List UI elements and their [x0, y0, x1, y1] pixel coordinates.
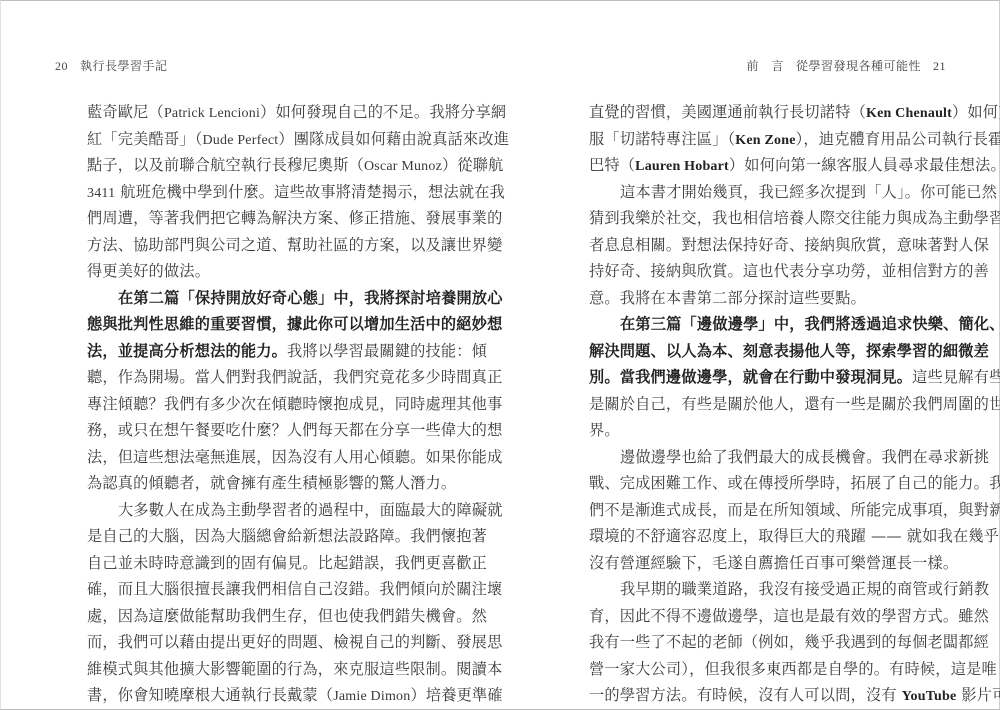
- text-segment: 點子，以及前聯合航空執行長穆尼奧斯（: [87, 156, 364, 174]
- text-segment: 紅「完美酷哥」（: [87, 130, 203, 148]
- text-segment: 者息息相關。對想法保持好奇、接納與欣賞，意味著對人保: [589, 236, 989, 254]
- text-segment: 們周遭，等著我們把它轉為解決方案、修正措施、發展事業的: [87, 209, 502, 227]
- left-header-title: 執行長學習手記: [80, 59, 168, 73]
- text-line: 在第二篇「保持開放好奇心態」中，我將探討培養開放心: [87, 285, 417, 312]
- text-segment: 育，因此不得不邊做邊學，這也是最有效的學習方式。雖然: [589, 607, 989, 625]
- text-line: 書，你會知曉摩根大通執行長戴蒙（Jamie Dimon）培養更準確: [87, 682, 417, 709]
- text-segment: 是自己的大腦，因為大腦總會給新想法設路障。我們懷抱著: [87, 527, 487, 545]
- text-segment: 我將以學習最關鍵的技能：傾: [287, 342, 487, 360]
- text-segment: 聽，作為開場。當人們對我們說話，我們究竟花多少時間真正: [87, 368, 502, 386]
- text-line: 一的學習方法。有時候，沒有人可以問，沒有 YouTube 影片可: [589, 682, 919, 709]
- text-line: 環境的不舒適容忍度上，取得巨大的飛躍 —— 就如我在幾乎: [589, 523, 919, 550]
- latin-text-segment: Ken Chenault: [866, 106, 952, 121]
- text-line: 聽，作為開場。當人們對我們說話，我們究竟花多少時間真正: [87, 364, 417, 391]
- right-page-number: 21: [933, 59, 946, 73]
- text-line: 方法、協助部門與公司之道、幫助社區的方案，以及讓世界變: [87, 232, 417, 259]
- text-segment: 界。: [589, 421, 620, 439]
- text-segment: 意。我將在本書第二部分探討這些要點。: [589, 289, 866, 307]
- text-line: 為認真的傾聽者，就會擁有產生積極影響的驚人潛力。: [87, 470, 417, 497]
- right-page-body: 直覺的習慣，美國運通前執行長切諾特（Ken Chenault）如何克服「切諾特專…: [589, 99, 919, 709]
- text-segment: 是關於自己，有些是關於他人，還有一些是關於我們周圍的世: [589, 395, 1000, 413]
- text-line: 巴特（Lauren Hobart）如何向第一線客服人員尋求最佳想法。: [589, 152, 919, 179]
- text-segment: ）如何克: [952, 103, 1000, 121]
- text-segment: ），迪克體育用品公司執行長霍: [796, 130, 1000, 148]
- text-segment: 書，你會知曉摩根大通執行長戴蒙（: [87, 686, 333, 704]
- text-line: 育，因此不得不邊做邊學，這也是最有效的學習方式。雖然: [589, 603, 919, 630]
- text-segment: ）如何發現自己的不足。我將分享網: [260, 103, 506, 121]
- text-segment: 自己並未時時意識到的固有偏見。比起錯誤，我們更喜歡正: [87, 554, 487, 572]
- text-line: 大多數人在成為主動學習者的過程中，面臨最大的障礙就: [87, 497, 417, 524]
- text-segment: 在第二篇「保持開放好奇心態」中，我將探討培養開放心: [118, 289, 503, 307]
- text-line: 紅「完美酷哥」（Dude Perfect）團隊成員如何藉由說真話來改進: [87, 126, 417, 153]
- text-segment: 我有一些了不起的老師（例如，幾乎我遇到的每個老闆都經: [589, 633, 989, 651]
- text-line: 法，並提高分析想法的能力。我將以學習最關鍵的技能：傾: [87, 338, 417, 365]
- text-segment: 大多數人在成為主動學習者的過程中，面臨最大的障礙就: [118, 501, 503, 519]
- text-line: 是關於自己，有些是關於他人，還有一些是關於我們周圍的世: [589, 391, 919, 418]
- text-segment: 這本書才開始幾頁，我已經多次提到「人」。你可能已然: [620, 183, 997, 201]
- text-segment: 別。當我們邊做邊學，就會在行動中發現洞見。: [589, 368, 912, 386]
- text-line: 自己並未時時意識到的固有偏見。比起錯誤，我們更喜歡正: [87, 550, 417, 577]
- right-running-header: 前 言從學習發現各種可能性21: [746, 57, 946, 74]
- text-segment: 處，因為這麼做能幫助我們生存，但也使我們錯失機會。然: [87, 607, 487, 625]
- text-segment: 持好奇、接納與欣賞。這也代表分享功勞，並相信對方的善: [589, 262, 989, 280]
- text-line: 專注傾聽？我們有多少次在傾聽時懷抱成見，同時處理其他事: [87, 391, 417, 418]
- text-line: 我早期的職業道路，我沒有接受過正規的商管或行銷教: [589, 576, 919, 603]
- text-segment: 藍奇歐尼（: [87, 103, 164, 121]
- text-line: 界。: [589, 417, 919, 444]
- text-line: 處，因為這麼做能幫助我們生存，但也使我們錯失機會。然: [87, 603, 417, 630]
- text-segment: 我早期的職業道路，我沒有接受過正規的商管或行銷教: [620, 580, 989, 598]
- text-line: 這本書才開始幾頁，我已經多次提到「人」。你可能已然: [589, 179, 919, 206]
- text-line: 營一家大公司），但我很多東西都是自學的。有時候，這是唯: [589, 656, 919, 683]
- text-segment: 務，或只在想午餐要吃什麼？人們每天都在分享一些偉大的想: [87, 421, 502, 439]
- text-line: 們周遭，等著我們把它轉為解決方案、修正措施、發展事業的: [87, 205, 417, 232]
- text-line: 們不是漸進式成長，而是在所知領域、所能完成事項，與對新: [589, 497, 919, 524]
- text-segment: 服「切諾特專注區」（: [589, 130, 735, 148]
- text-segment: 法，並提高分析想法的能力。: [87, 342, 287, 360]
- text-line: 3411 航班危機中學到什麼。這些故事將清楚揭示，想法就在我: [87, 179, 417, 206]
- text-line: 點子，以及前聯合航空執行長穆尼奧斯（Oscar Munoz）從聯航: [87, 152, 417, 179]
- text-line: 服「切諾特專注區」（Ken Zone），迪克體育用品公司執行長霍: [589, 126, 919, 153]
- text-segment: 戰、完成困難工作、或在傳授所學時，拓展了自己的能力。我: [589, 474, 1000, 492]
- text-segment: 這些見解有些: [912, 368, 1000, 386]
- text-line: 務，或只在想午餐要吃什麼？人們每天都在分享一些偉大的想: [87, 417, 417, 444]
- text-line: 得更美好的做法。: [87, 258, 417, 285]
- text-line: 直覺的習慣，美國運通前執行長切諾特（Ken Chenault）如何克: [589, 99, 919, 126]
- text-segment: ）團隊成員如何藉由說真話來改進: [278, 130, 509, 148]
- right-page: 前 言從學習發現各種可能性21 直覺的習慣，美國運通前執行長切諾特（Ken Ch…: [500, 0, 1000, 710]
- text-line: 我有一些了不起的老師（例如，幾乎我遇到的每個老闆都經: [589, 629, 919, 656]
- text-line: 態與批判性思維的重要習慣，據此你可以增加生活中的絕妙想: [87, 311, 417, 338]
- right-header-part: 前 言: [746, 59, 784, 73]
- text-line: 者息息相關。對想法保持好奇、接納與欣賞，意味著對人保: [589, 232, 919, 259]
- text-segment: ）培養更準確: [410, 686, 502, 704]
- text-line: 藍奇歐尼（Patrick Lencioni）如何發現自己的不足。我將分享網: [87, 99, 417, 126]
- text-segment: 直覺的習慣，美國運通前執行長切諾特（: [589, 103, 866, 121]
- text-line: 是自己的大腦，因為大腦總會給新想法設路障。我們懷抱著: [87, 523, 417, 550]
- text-segment: 環境的不舒適容忍度上，取得巨大的飛躍 —— 就如我在幾乎: [589, 527, 999, 545]
- text-segment: ）從聯航: [442, 156, 504, 174]
- text-segment: 而，我們可以藉由提出更好的問題、檢視自己的判斷、發展思: [87, 633, 502, 651]
- text-segment: 態與批判性思維的重要習慣，據此你可以增加生活中的絕妙想: [87, 315, 502, 333]
- text-line: 沒有營運經驗下，毛遂自薦擔任百事可樂營運長一樣。: [589, 550, 919, 577]
- latin-text-segment: Dude Perfect: [203, 133, 279, 148]
- text-segment: 邊做邊學也給了我們最大的成長機會。我們在尋求新挑: [620, 448, 989, 466]
- text-line: 在第三篇「邊做邊學」中，我們將透過追求快樂、簡化、: [589, 311, 919, 338]
- text-segment: 法，但這些想法毫無進展，因為沒有人用心傾聽。如果你能成: [87, 448, 502, 466]
- text-segment: 航班危機中學到什麼。這些故事將清楚揭示，想法就在我: [115, 183, 505, 201]
- text-line: 別。當我們邊做邊學，就會在行動中發現洞見。這些見解有些: [589, 364, 919, 391]
- text-segment: 巴特（: [589, 156, 635, 174]
- latin-text-segment: Ken Zone: [735, 133, 795, 148]
- text-segment: 專注傾聽？我們有多少次在傾聽時懷抱成見，同時處理其他事: [87, 395, 502, 413]
- left-page: 20執行長學習手記 藍奇歐尼（Patrick Lencioni）如何發現自己的不…: [0, 0, 500, 710]
- latin-text-segment: YouTube: [902, 689, 957, 704]
- right-header-title: 從學習發現各種可能性: [796, 59, 921, 73]
- text-segment: 得更美好的做法。: [87, 262, 210, 280]
- latin-text-segment: Lauren Hobart: [635, 159, 729, 174]
- text-line: 猜到我樂於社交，我也相信培養人際交往能力與成為主動學習: [589, 205, 919, 232]
- latin-text-segment: 3411: [87, 186, 115, 201]
- text-line: 解決問題、以人為本、刻意表揚他人等，探索學習的細微差: [589, 338, 919, 365]
- text-line: 戰、完成困難工作、或在傳授所學時，拓展了自己的能力。我: [589, 470, 919, 497]
- text-line: 維模式與其他擴大影響範圍的行為，來克服這些限制。閱讀本: [87, 656, 417, 683]
- text-segment: 們不是漸進式成長，而是在所知領域、所能完成事項，與對新: [589, 501, 1000, 519]
- text-segment: 猜到我樂於社交，我也相信培養人際交往能力與成為主動學習: [589, 209, 1000, 227]
- text-segment: 在第三篇「邊做邊學」中，我們將透過追求快樂、簡化、: [620, 315, 1000, 333]
- left-running-header: 20執行長學習手記: [55, 57, 168, 74]
- text-segment: 解決問題、以人為本、刻意表揚他人等，探索學習的細微差: [589, 342, 989, 360]
- text-segment: 為認真的傾聽者，就會擁有產生積極影響的驚人潛力。: [87, 474, 456, 492]
- text-line: 而，我們可以藉由提出更好的問題、檢視自己的判斷、發展思: [87, 629, 417, 656]
- text-segment: 影片可: [956, 686, 1000, 704]
- latin-text-segment: Patrick Lencioni: [164, 106, 260, 121]
- text-segment: 方法、協助部門與公司之道、幫助社區的方案，以及讓世界變: [87, 236, 502, 254]
- latin-text-segment: Jamie Dimon: [333, 689, 410, 704]
- left-page-body: 藍奇歐尼（Patrick Lencioni）如何發現自己的不足。我將分享網紅「完…: [87, 99, 417, 709]
- text-segment: ）如何向第一線客服人員尋求最佳想法。: [729, 156, 1000, 174]
- text-line: 法，但這些想法毫無進展，因為沒有人用心傾聽。如果你能成: [87, 444, 417, 471]
- text-line: 意。我將在本書第二部分探討這些要點。: [589, 285, 919, 312]
- text-segment: 沒有營運經驗下，毛遂自薦擔任百事可樂營運長一樣。: [589, 554, 958, 572]
- latin-text-segment: Oscar Munoz: [364, 159, 442, 174]
- text-segment: 確，而且大腦很擅長讓我們相信自己沒錯。我們傾向於關注壞: [87, 580, 502, 598]
- text-line: 邊做邊學也給了我們最大的成長機會。我們在尋求新挑: [589, 444, 919, 471]
- text-line: 確，而且大腦很擅長讓我們相信自己沒錯。我們傾向於關注壞: [87, 576, 417, 603]
- text-segment: 營一家大公司），但我很多東西都是自學的。有時候，這是唯: [589, 660, 997, 678]
- left-page-number: 20: [55, 59, 68, 73]
- text-segment: 一的學習方法。有時候，沒有人可以問，沒有: [589, 686, 902, 704]
- text-line: 持好奇、接納與欣賞。這也代表分享功勞，並相信對方的善: [589, 258, 919, 285]
- text-segment: 維模式與其他擴大影響範圍的行為，來克服這些限制。閱讀本: [87, 660, 502, 678]
